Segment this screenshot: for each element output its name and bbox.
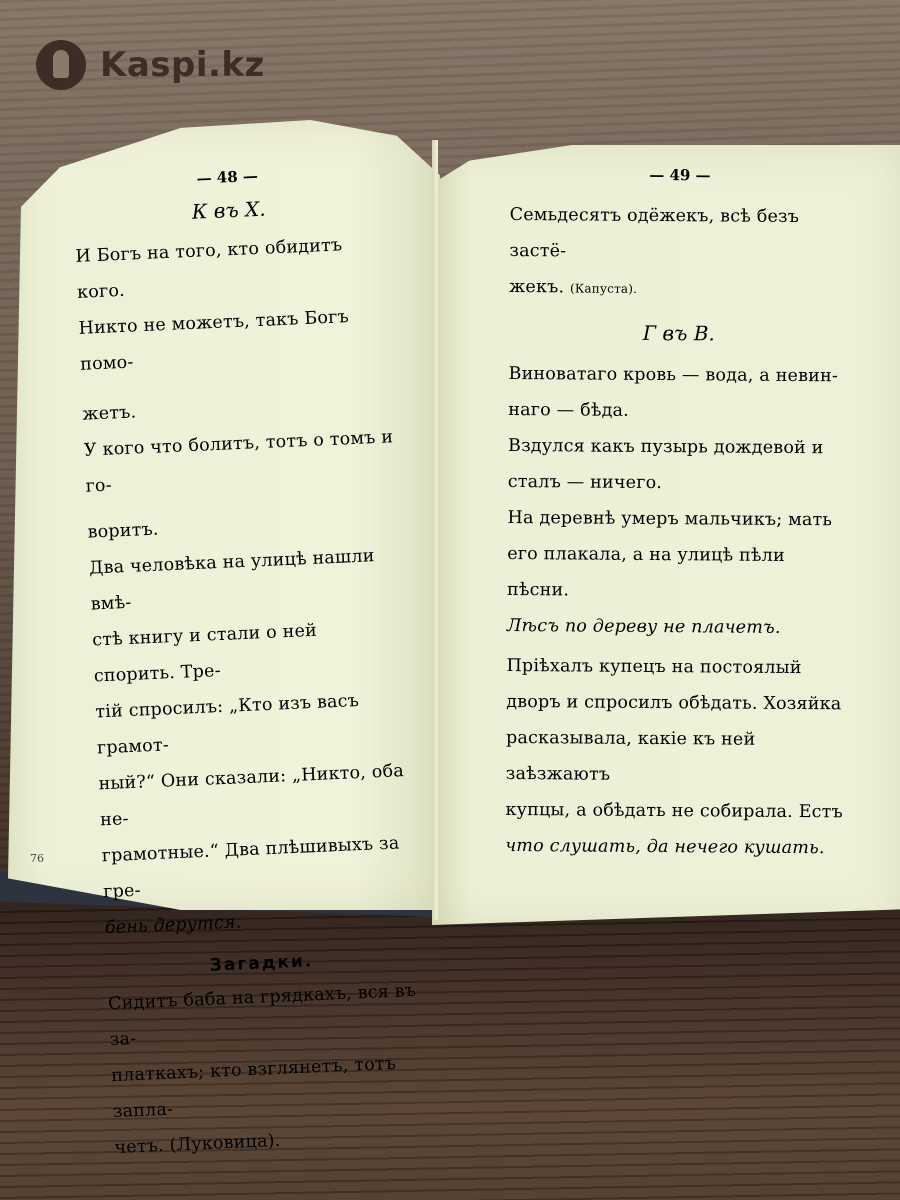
- text-line: Вздулся какъ пузырь дождевой и: [508, 428, 848, 466]
- text-line: У кого что болитъ, тотъ о томъ и го-: [83, 419, 396, 504]
- text-line: Никто не можетъ, такъ Богъ помо-: [78, 297, 391, 382]
- section-heading: Г въ В.: [509, 320, 849, 346]
- riddle-line: Сидитъ баба на грядкахъ, вся въ за-: [107, 973, 420, 1058]
- proverb-line: Лѣсъ по дереву не плачетъ.: [507, 608, 847, 646]
- text-line: стѣ книгу и стали о ней спорить. Тре-: [92, 609, 405, 694]
- text-line: Виноватаго кровь — вода, а невин-: [508, 356, 848, 394]
- proverb-line: что слушать, да нечего кушать.: [505, 828, 845, 866]
- text-line: наго — бѣда.: [508, 392, 848, 430]
- riddle-line: Семьдесятъ одёжекъ, всѣ безъ застё-: [509, 197, 849, 271]
- text-line: ный?“ Они сказали: „Никто, оба не-: [98, 753, 411, 838]
- left-page-text: — 48 — К въ Х. И Богъ на того, кто обиди…: [72, 161, 425, 1166]
- text-line: На деревнѣ умеръ мальчикъ; мать: [507, 500, 847, 538]
- kaspi-logo-icon: [36, 40, 86, 90]
- text-line: дворъ и спросилъ обѣдать. Хозяйка: [506, 684, 846, 722]
- riddle-answer: (Капуста).: [570, 281, 637, 295]
- riddle-line-text: жекъ.: [509, 277, 564, 297]
- page-number: — 49 —: [510, 165, 850, 185]
- watermark: Kaspi.kz: [36, 40, 265, 90]
- text-line: Два человѣка на улицѣ нашли вмѣ-: [88, 537, 401, 622]
- text-line: расказывала, какіе къ ней заѣзжаютъ: [506, 720, 846, 794]
- text-line: сталъ — ничего.: [508, 464, 848, 502]
- folio-number: 76: [30, 852, 44, 865]
- right-page-text: — 49 — Семьдесятъ одёжекъ, всѣ безъ заст…: [505, 165, 850, 866]
- text-line: И Богъ на того, кто обидитъ кого.: [75, 225, 388, 310]
- text-line: Пріѣхалъ купецъ на постоялый: [506, 648, 846, 686]
- text-line: его плакала, а на улицѣ пѣли пѣсни.: [507, 536, 847, 610]
- section-heading: К въ Х.: [73, 191, 384, 228]
- text-line: грамотные.“ Два плѣшивыхъ за гре-: [101, 825, 414, 910]
- text-line: купцы, а обѣдать не собирала. Естъ: [505, 792, 845, 830]
- watermark-text: Kaspi.kz: [100, 45, 265, 85]
- text-line: тій спросилъ: „Кто изъ васъ грамот-: [95, 681, 408, 766]
- riddle-line: жекъ. (Капуста).: [509, 269, 849, 308]
- riddle-line: платкахъ; кто взглянетъ, тотъ запла-: [111, 1045, 424, 1130]
- book-gutter: [432, 140, 438, 920]
